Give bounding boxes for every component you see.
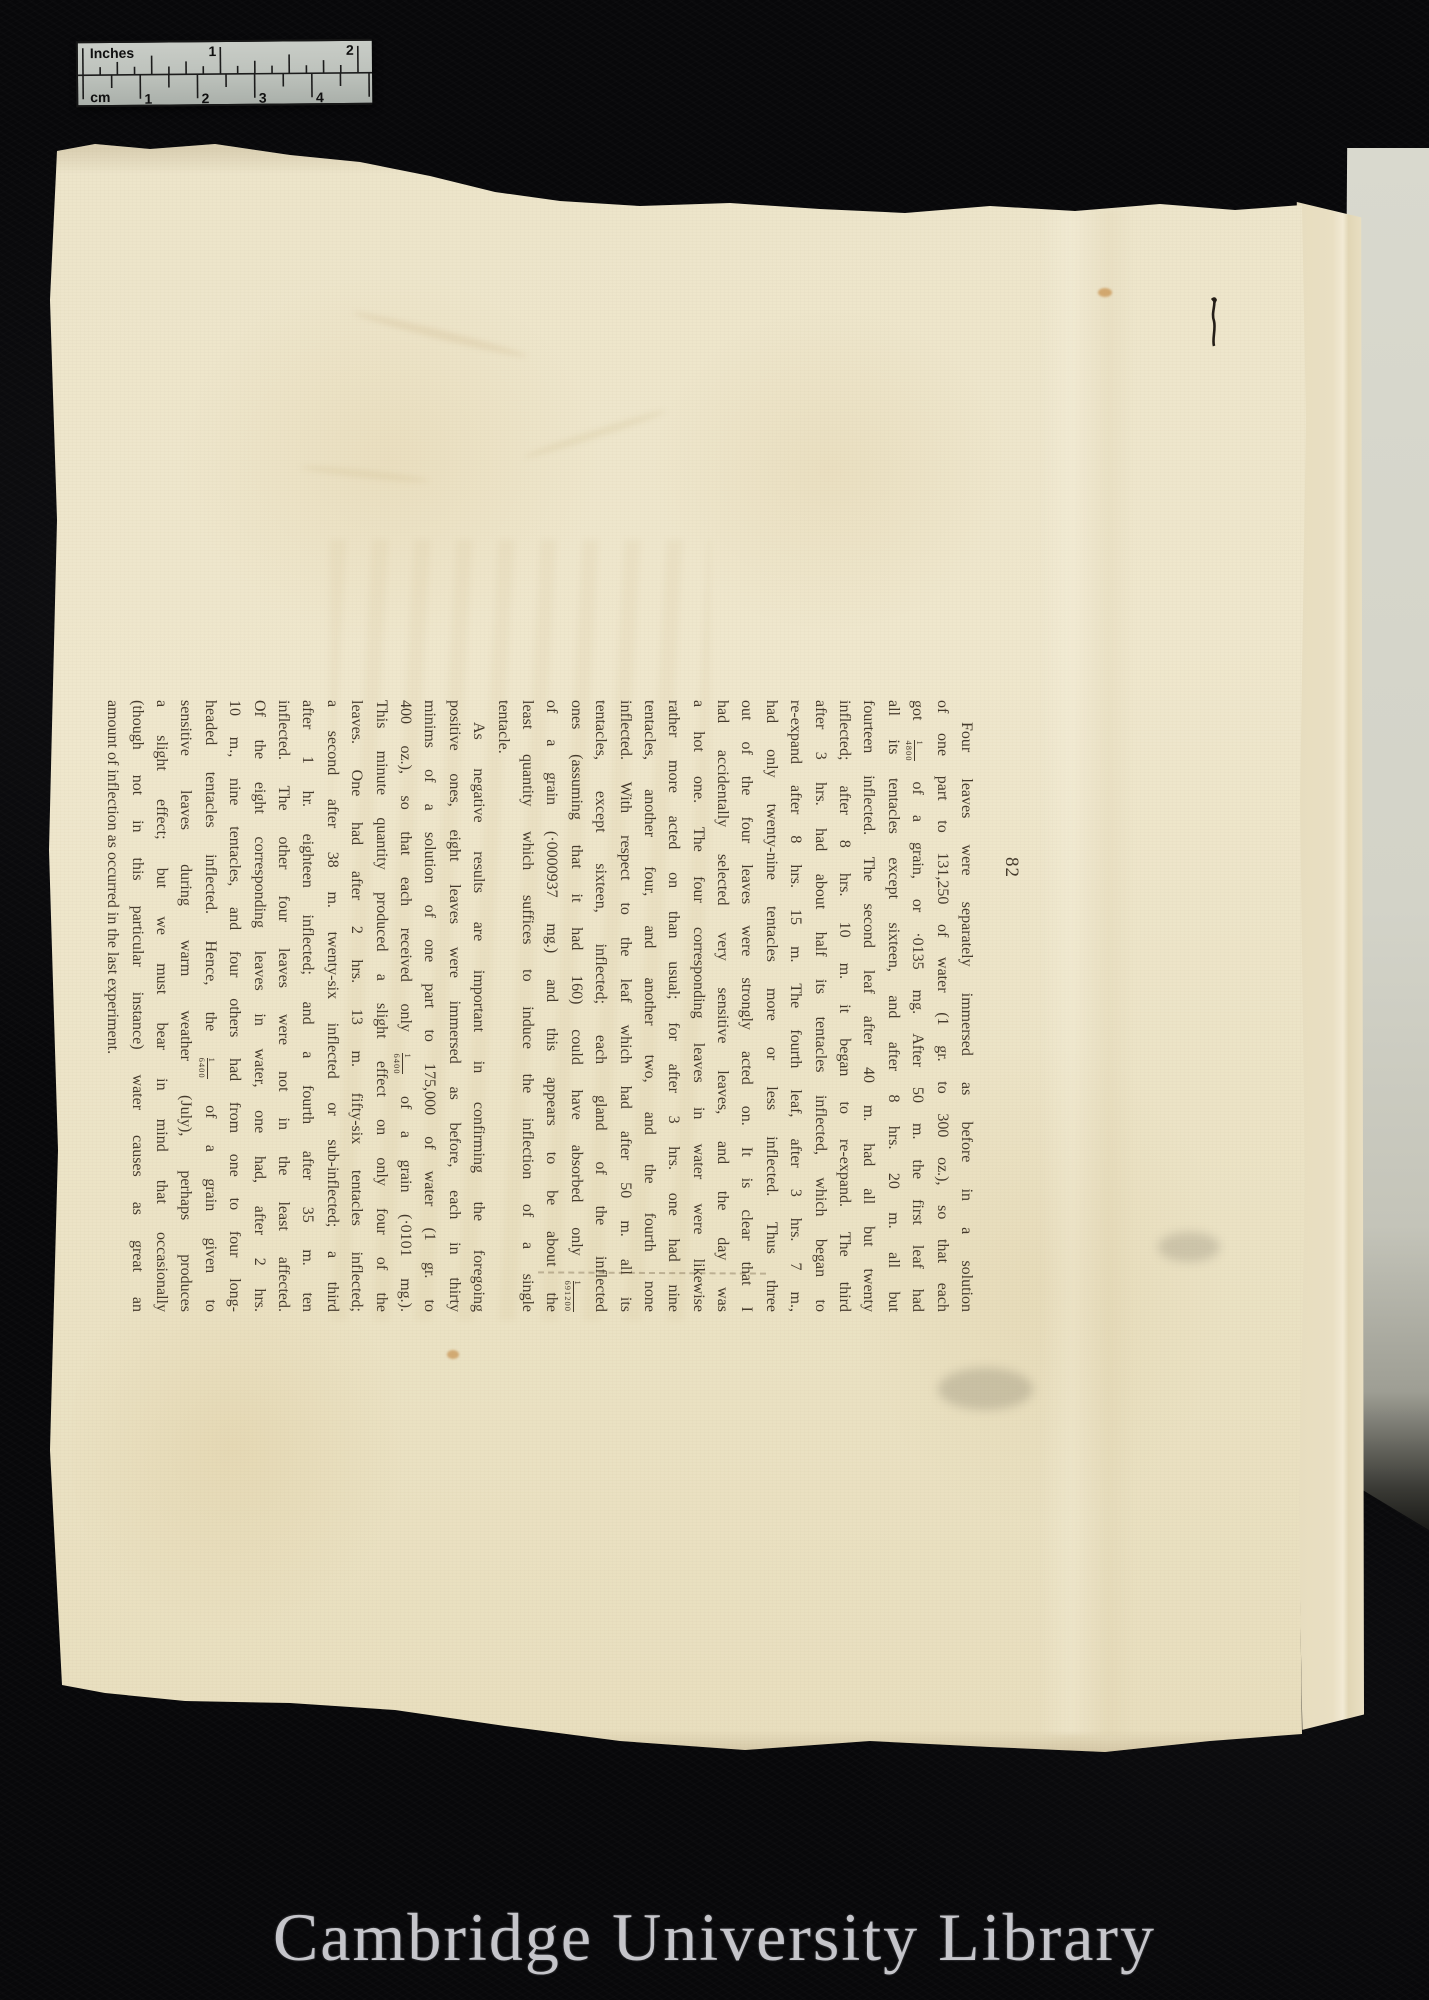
text-line: a slight effect; but we must bear in min… xyxy=(149,700,173,1312)
ruler-numeral: 3 xyxy=(259,90,267,106)
text-line: least quantity which suffices to induce … xyxy=(515,700,539,1312)
text-line: rather more acted on than usual; for aft… xyxy=(661,700,685,1312)
text-line: This minute quantity produced a slight e… xyxy=(368,700,392,1312)
ruler-numeral: 1 xyxy=(144,91,152,106)
text-line: all its tentacles except sixteen, and af… xyxy=(880,700,904,1312)
page-number: 82 xyxy=(1000,857,1022,878)
fraction: 16400 xyxy=(197,1058,216,1079)
ruler-numeral: 2 xyxy=(346,42,354,58)
text-line: fourteen inflected. The second leaf afte… xyxy=(856,700,880,1312)
text-line: headed tentacles inflected. Hence, the 1… xyxy=(198,700,222,1312)
text-line: sensitive leaves during warm weather (Ju… xyxy=(173,700,197,1312)
text-line: inflected. The other four leaves were no… xyxy=(271,700,295,1312)
book-scan-photo: 82 Four leaves were separately immersed … xyxy=(0,0,1429,2000)
text-line: amount of inflection as occurred in the … xyxy=(100,700,124,1312)
text-line: 10 m., nine tentacles, and four others h… xyxy=(222,700,246,1312)
show-through-mark xyxy=(300,463,430,485)
text-line: tentacles, another four, and another two… xyxy=(637,700,661,1312)
library-watermark: Cambridge University Library xyxy=(0,1898,1429,1977)
text-line: had accidentally selected very sensitive… xyxy=(710,700,734,1312)
ink-mark xyxy=(1206,295,1222,349)
paper-stain xyxy=(150,250,630,670)
fraction: 14800 xyxy=(905,740,924,761)
text-line: 400 oz.), so that each received only 164… xyxy=(393,700,417,1312)
ruler-ticks: 1212345 xyxy=(78,41,373,106)
text-line: a hot one. The four corresponding leaves… xyxy=(685,700,709,1312)
fraction: 16400 xyxy=(393,1053,412,1074)
grey-smudge xyxy=(1158,1232,1220,1262)
body-text: Four leaves were separately immersed as … xyxy=(100,700,978,1312)
text-line: of one part to 131,250 of water (1 gr. t… xyxy=(929,700,953,1312)
orange-fleck xyxy=(447,1350,459,1359)
text-line: after 1 hr. eighteen inflected; and a fo… xyxy=(295,700,319,1312)
text-line: positive ones, eight leaves were immerse… xyxy=(441,700,465,1312)
text-line: of a grain (·0000937 mg.) and this appea… xyxy=(539,700,563,1312)
text-line: inflected. With respect to the leaf whic… xyxy=(612,700,636,1312)
text-line: tentacle. xyxy=(490,700,514,1312)
text-line: after 3 hrs. had about half its tentacle… xyxy=(807,700,831,1312)
ruler-numeral: 2 xyxy=(202,90,210,105)
text-line: minims of a solution of one part to 175,… xyxy=(417,700,441,1312)
text-line: had only twenty-nine tentacles more or l… xyxy=(758,700,782,1312)
text-line: Of the eight corresponding leaves in wat… xyxy=(246,700,270,1312)
text-line: tentacles, except sixteen, inflected; ea… xyxy=(588,700,612,1312)
ruler-tick xyxy=(78,73,372,76)
crease-highlight xyxy=(1038,210,1133,1735)
grey-smudge xyxy=(938,1368,1033,1410)
show-through-mark xyxy=(522,407,667,461)
fraction: 1691200 xyxy=(563,1281,582,1313)
orange-fleck xyxy=(1098,288,1112,297)
text-line: inflected; after 8 hrs. 10 m. it began t… xyxy=(832,700,856,1312)
text-line: ones (assuming that it had 160) could ha… xyxy=(563,700,587,1312)
text-line: Four leaves were separately immersed as … xyxy=(954,700,978,1312)
ruler-numeral: 1 xyxy=(208,43,216,59)
scanned-page: 82 Four leaves were separately immersed … xyxy=(0,0,1429,2000)
ruler: Inches cm 1212345 xyxy=(76,39,373,108)
text-line: a second after 38 m. twenty-six inflecte… xyxy=(319,700,343,1312)
text-line: (though not in this particular instance)… xyxy=(124,700,148,1312)
show-through-mark xyxy=(352,308,529,360)
paper-stain xyxy=(620,280,1040,660)
text-line: got 14800 of a grain, or ·0135 mg. After… xyxy=(905,700,929,1312)
text-line: re-expand after 8 hrs. 15 m. The fourth … xyxy=(783,700,807,1312)
ruler-numeral: 4 xyxy=(316,89,324,105)
text-line: leaves. One had after 2 hrs. 13 m. fifty… xyxy=(344,700,368,1312)
text-line: out of the four leaves were strongly act… xyxy=(734,700,758,1312)
text-line: As negative results are important in con… xyxy=(466,700,490,1312)
